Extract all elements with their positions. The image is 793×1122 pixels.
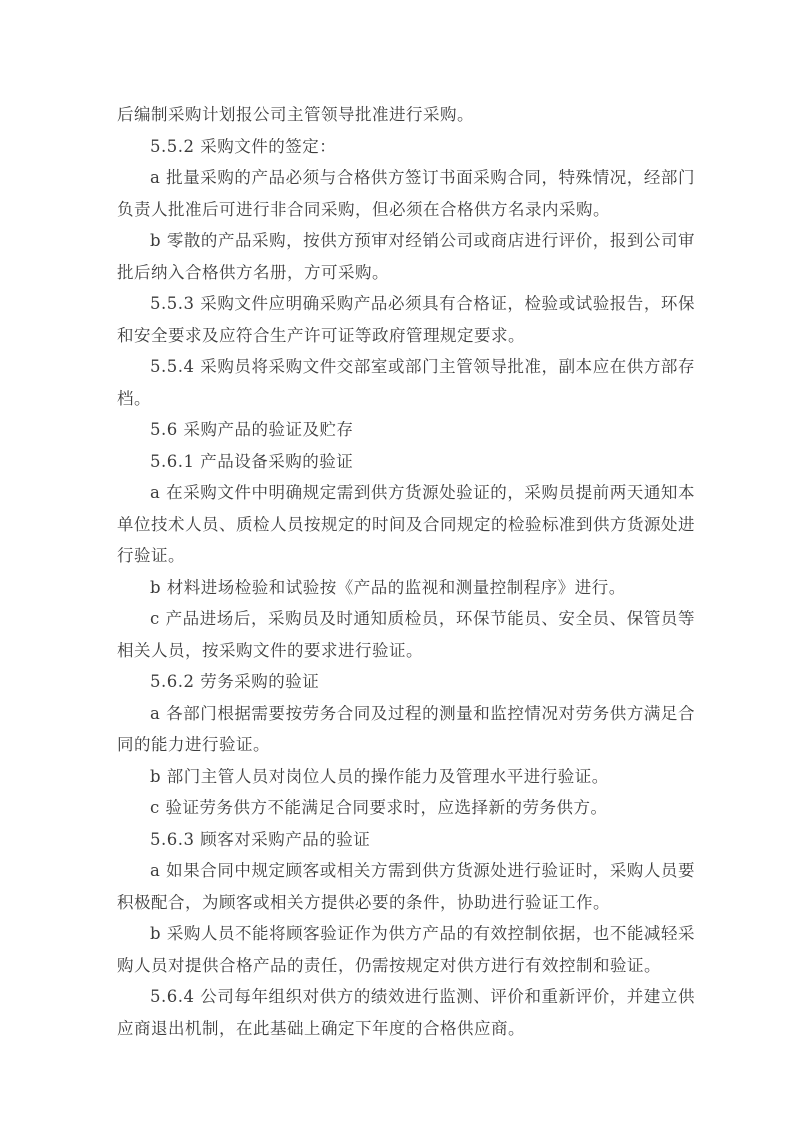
paragraph: b 部门主管人员对岗位人员的操作能力及管理水平进行验证。 xyxy=(117,761,695,793)
document-page: 后编制采购计划报公司主管领导批准进行采购。 5.5.2 采购文件的签定： a 批… xyxy=(0,0,793,1122)
paragraph-clause-5-5-3: 5.5.3 采购文件应明确采购产品必须具有合格证，检验或试验报告，环保和安全要求… xyxy=(117,288,695,351)
paragraph: c 产品进场后，采购员及时通知质检员，环保节能员、安全员、保管员等相关人员，按采… xyxy=(117,603,695,666)
paragraph-clause-5-6: 5.6 采购产品的验证及贮存 xyxy=(117,414,695,446)
paragraph: c 验证劳务供方不能满足合同要求时，应选择新的劳务供方。 xyxy=(117,792,695,824)
paragraph-clause-5-5-4: 5.5.4 采购员将采购文件交部室或部门主管领导批准，副本应在供方部存档。 xyxy=(117,351,695,414)
paragraph: 后编制采购计划报公司主管领导批准进行采购。 xyxy=(117,99,695,131)
paragraph: b 零散的产品采购，按供方预审对经销公司或商店进行评价，报到公司审批后纳入合格供… xyxy=(117,225,695,288)
paragraph: a 各部门根据需要按劳务合同及过程的测量和监控情况对劳务供方满足合同的能力进行验… xyxy=(117,698,695,761)
paragraph: a 在采购文件中明确规定需到供方货源处验证的，采购员提前两天通知本单位技术人员、… xyxy=(117,477,695,572)
document-text-block: 后编制采购计划报公司主管领导批准进行采购。 5.5.2 采购文件的签定： a 批… xyxy=(117,99,695,1044)
paragraph: a 批量采购的产品必须与合格供方签订书面采购合同，特殊情况，经部门负责人批准后可… xyxy=(117,162,695,225)
paragraph: a 如果合同中规定顾客或相关方需到供方货源处进行验证时，采购人员要积极配合，为顾… xyxy=(117,855,695,918)
paragraph-clause-5-6-2: 5.6.2 劳务采购的验证 xyxy=(117,666,695,698)
paragraph: b 采购人员不能将顾客验证作为供方产品的有效控制依据，也不能减轻采购人员对提供合… xyxy=(117,918,695,981)
paragraph-clause-5-6-1: 5.6.1 产品设备采购的验证 xyxy=(117,446,695,478)
paragraph-clause-5-6-3: 5.6.3 顾客对采购产品的验证 xyxy=(117,824,695,856)
paragraph-clause-5-5-2: 5.5.2 采购文件的签定： xyxy=(117,131,695,163)
paragraph-clause-5-6-4: 5.6.4 公司每年组织对供方的绩效进行监测、评价和重新评价，并建立供应商退出机… xyxy=(117,981,695,1044)
paragraph: b 材料进场检验和试验按《产品的监视和测量控制程序》进行。 xyxy=(117,572,695,604)
